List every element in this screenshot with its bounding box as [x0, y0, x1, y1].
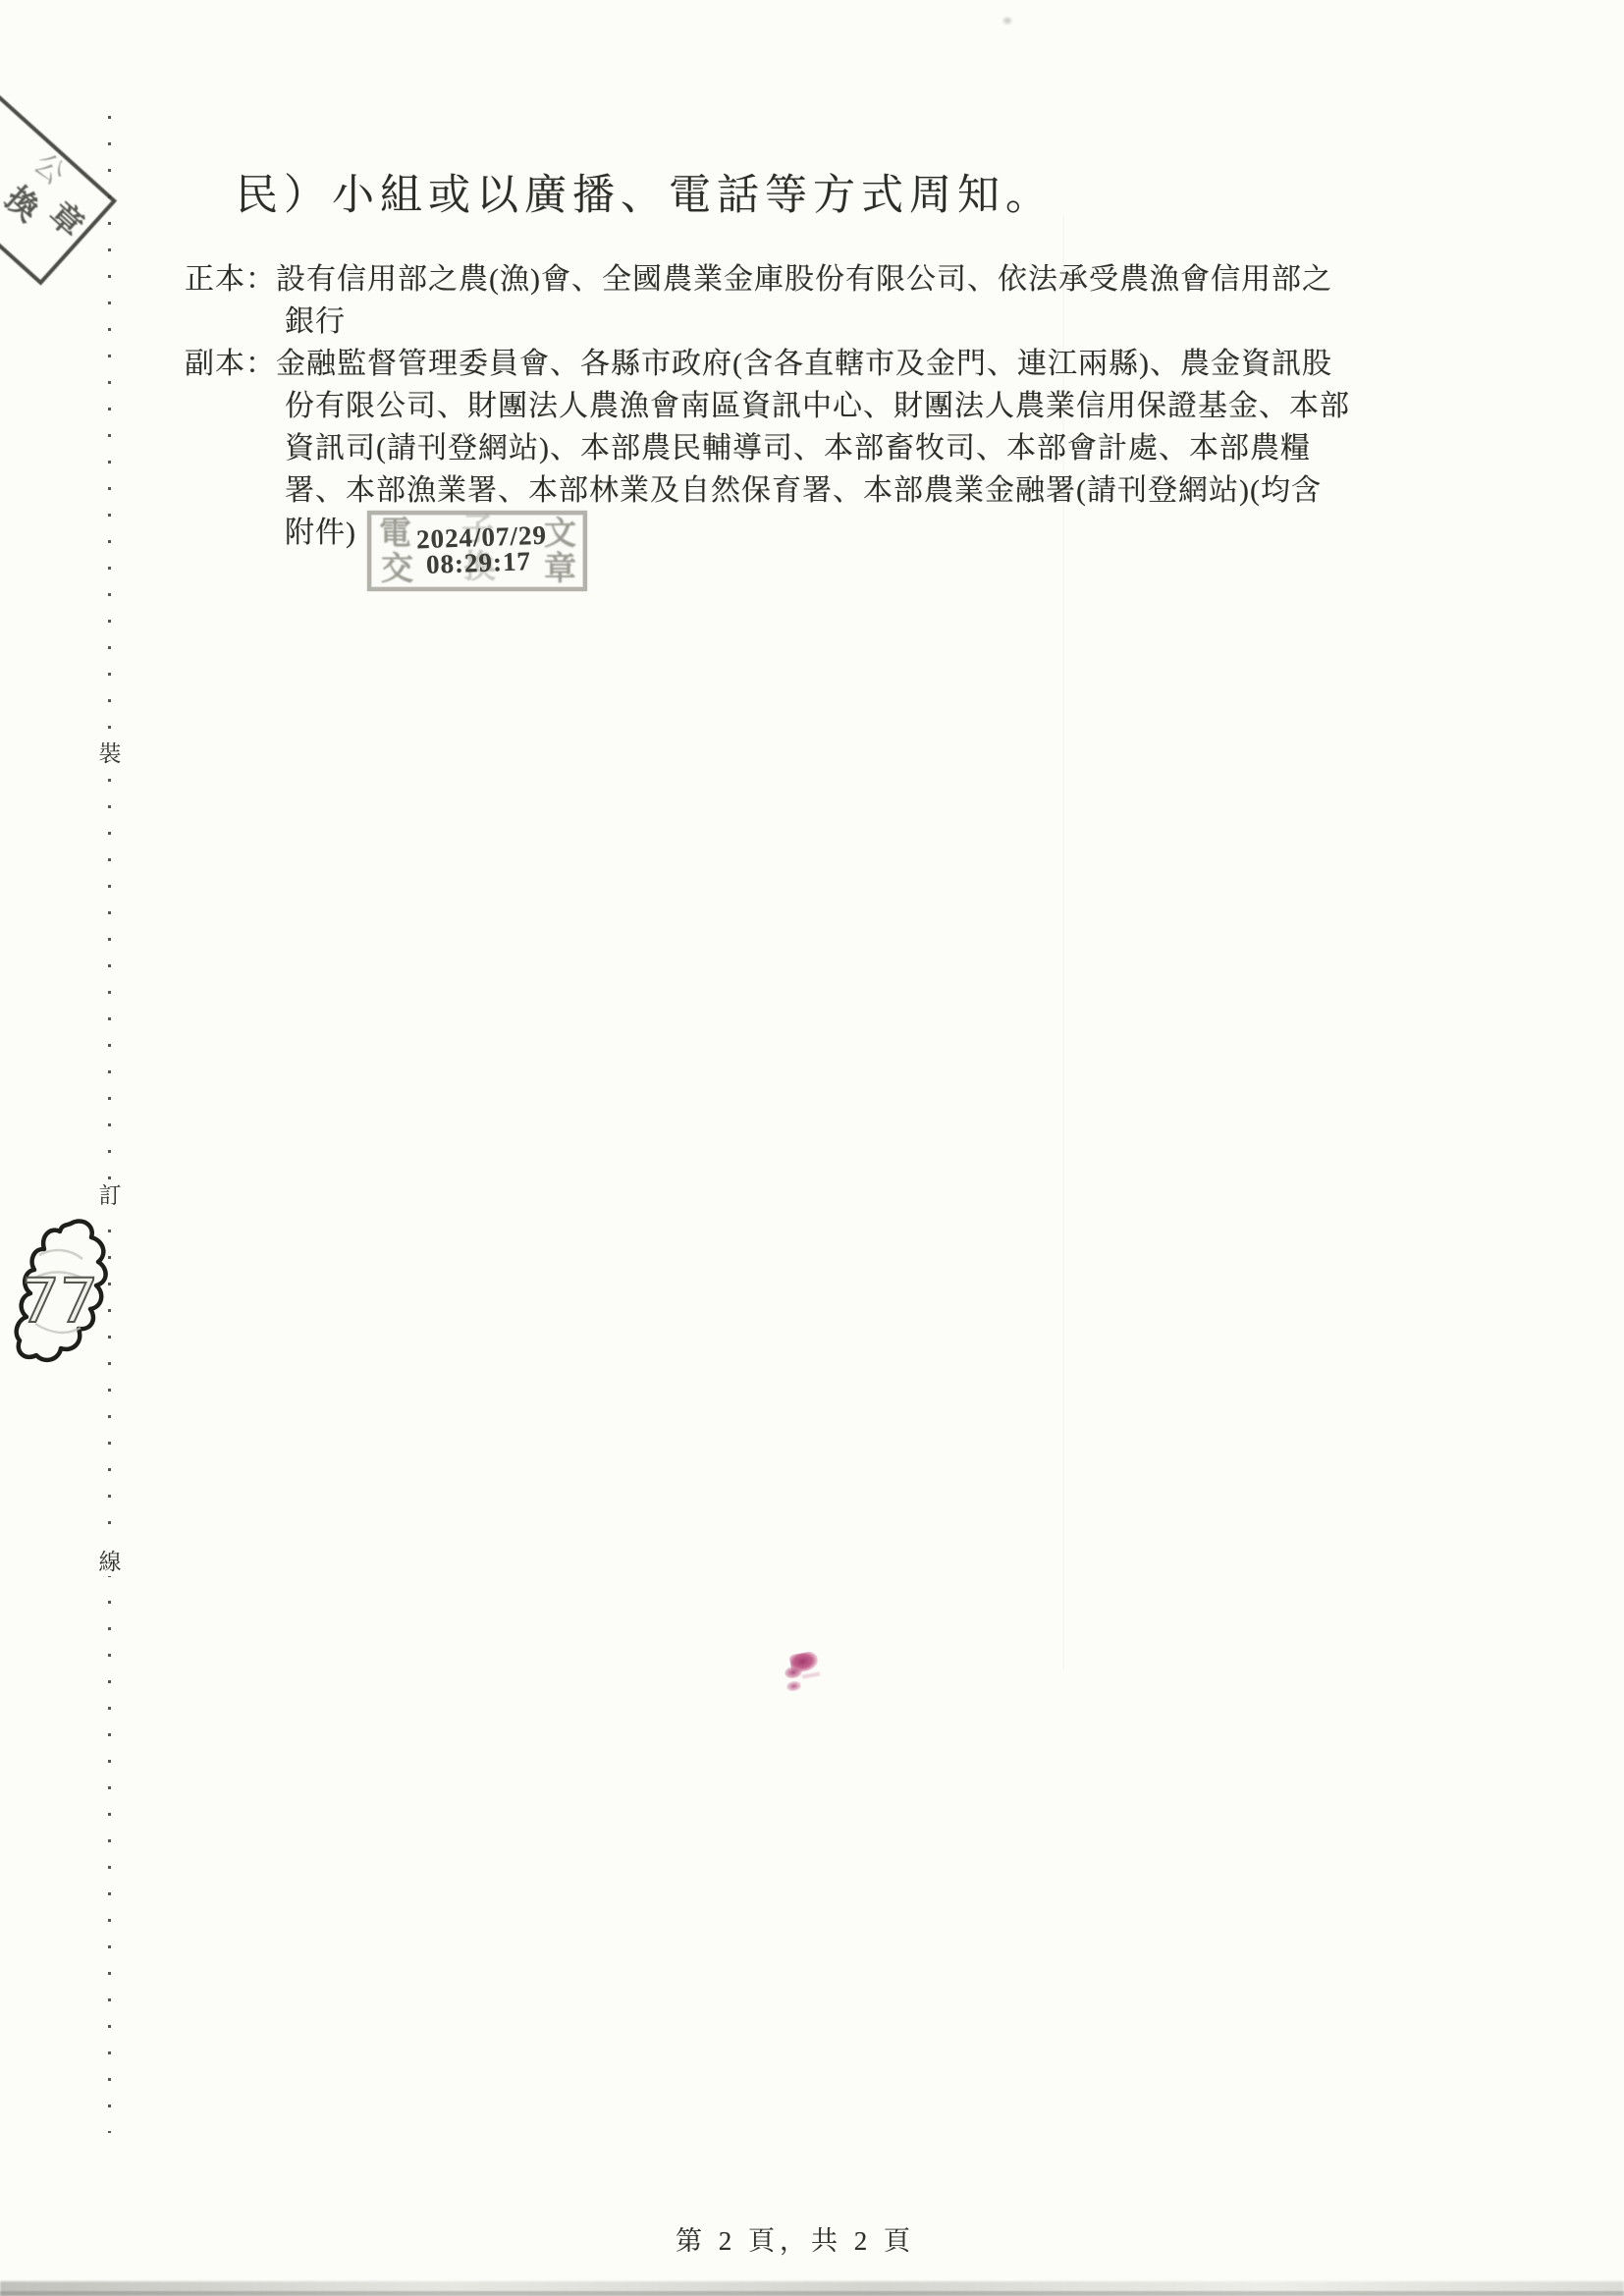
stamp-char: 文	[544, 519, 576, 551]
ink-blot	[785, 1680, 802, 1692]
ink-blot	[784, 1666, 803, 1680]
carbon-copy-line: 署、本部漁業署、本部林業及自然保育署、本部農業金融署(請刊登網站)(均含	[285, 476, 1322, 506]
carbon-copy-line: 資訊司(請刊登網站)、本部農民輔導司、本部畜牧司、本部會計處、本部農糧	[285, 434, 1311, 464]
ink-blot	[802, 1671, 820, 1678]
colon: ：	[245, 263, 276, 296]
colon: ：	[245, 348, 276, 380]
corner-seal-char: 公	[27, 149, 69, 191]
scan-edge-strip	[0, 2291, 1624, 2296]
carbon-copy-line: 附件)	[285, 519, 356, 548]
stamp-time: 08:29:17	[426, 548, 532, 578]
original-copy-line: 設有信用部之農(漁)會、全國農業金庫股份有限公司、依法承受農漁會信用部之	[276, 263, 1332, 296]
stamp-char: 章	[544, 554, 576, 586]
page-indicator: 第 2 頁，共 2 頁	[676, 2219, 915, 2258]
margin-mark-binding: 裝	[96, 739, 124, 768]
original-copy-label: 正本	[185, 263, 245, 296]
scanned-official-document-page: 公 換 章 住 裝 訂 線 77 民）小組或以廣播、電話等方式周知。 正本：設有…	[0, 0, 1624, 2296]
original-copy-line: 銀行	[285, 307, 346, 337]
original-copy-row: 正本：設有信用部之農(漁)會、全國農業金庫股份有限公司、依法承受農漁會信用部之	[185, 265, 1332, 295]
stamp-char: 電	[379, 519, 411, 551]
carbon-copy-line: 份有限公司、財團法人農漁會南區資訊中心、財團法人農業信用保證基金、本部	[285, 392, 1350, 421]
corner-seal-char: 換	[0, 183, 44, 229]
stamp-char: 交	[381, 554, 413, 586]
page-number-seal: 77	[10, 1216, 108, 1373]
carbon-copy-row: 副本：金融監督管理委員會、各縣市政府(含各直轄市及金門、連江兩縣)、農金資訊股	[185, 350, 1332, 379]
corner-exchange-seal: 公 換 章 住	[0, 80, 117, 285]
carbon-copy-label: 副本	[185, 348, 245, 380]
margin-mark-line: 線	[96, 1548, 124, 1576]
carbon-copy-line: 金融監督管理委員會、各縣市政府(含各直轄市及金門、連江兩縣)、農金資訊股	[276, 348, 1332, 380]
electronic-exchange-stamp: 電 子 文 交 換 章 2024/07/29 08:29:17	[367, 511, 587, 591]
body-continuation-line: 民）小組或以廣播、電話等方式周知。	[236, 175, 1054, 217]
paper-crease	[1062, 216, 1064, 1669]
seal-number: 77	[17, 1265, 99, 1337]
margin-mark-staple: 訂	[96, 1181, 124, 1210]
binding-dotted-line	[108, 116, 111, 2133]
corner-seal-char: 章	[42, 198, 88, 245]
scan-smudge	[1001, 16, 1013, 26]
